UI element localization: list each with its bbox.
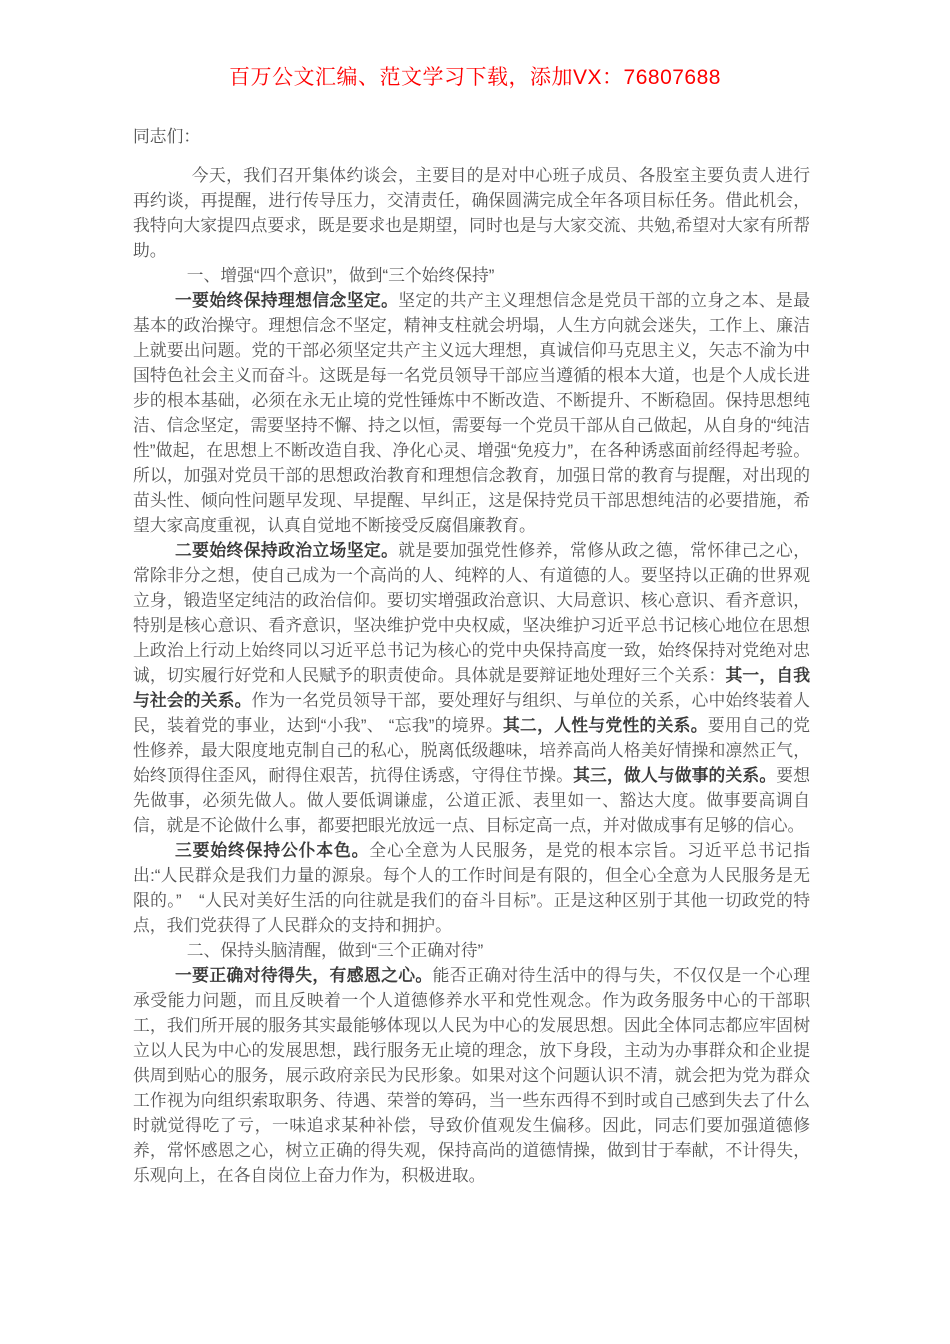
bold-run: 一要正确对待得失，有感恩之心。 xyxy=(175,966,433,985)
promo-banner: 百万公文汇编、范文学习下载，添加VX：76807688 xyxy=(0,63,950,93)
paragraph: 一要始终保持理想信念坚定。坚定的共产主义理想信念是党员干部的立身之本、是最基本的… xyxy=(133,288,810,538)
bold-run: 三要始终保持公仆本色。 xyxy=(175,841,369,860)
document-page: { "colors": { "page-bg": "#ffffff", "pro… xyxy=(0,0,950,1344)
bold-run: 其二，人性与党性的关系。 xyxy=(503,716,708,735)
paragraph: 二要始终保持政治立场坚定。就是要加强党性修养，常修从政之德，常怀律己之心，常除非… xyxy=(133,538,810,838)
text-run: 一、增强“四个意识”，做到“三个始终保持” xyxy=(187,266,495,285)
paragraph: 一要正确对待得失，有感恩之心。能否正确对待生活中的得与失，不仅仅是一个心理承受能… xyxy=(133,963,810,1188)
text-run: 坚定的共产主义理想信念是党员干部的立身之本、是最基本的政治操守。理想信念不坚定，… xyxy=(133,291,810,535)
bold-run: 其三，做人与做事的关系。 xyxy=(573,766,776,785)
text-run: 同志们： xyxy=(133,127,200,146)
salutation: 同志们： xyxy=(133,124,810,149)
bold-run: 一要始终保持理想信念坚定。 xyxy=(175,291,398,310)
section-heading: 一、增强“四个意识”，做到“三个始终保持” xyxy=(133,263,810,288)
text-run: 就是要加强党性修养，常修从政之德，常怀律己之心，常除非分之想，使自己成为一个高尚… xyxy=(133,541,810,685)
text-run: 今天，我们召开集体约谈会，主要目的是对中心班子成员、各股室主要负责人进行再约谈，… xyxy=(133,166,810,260)
paragraph: 今天，我们召开集体约谈会，主要目的是对中心班子成员、各股室主要负责人进行再约谈，… xyxy=(133,163,810,263)
bold-run: 二要始终保持政治立场坚定。 xyxy=(175,541,398,560)
text-run: 二、保持头脑清醒，做到“三个正确对待” xyxy=(187,941,483,960)
text-run: 能否正确对待生活中的得与失，不仅仅是一个心理承受能力问题，而且反映着一个人道德修… xyxy=(133,966,810,1185)
document-body: 同志们：今天，我们召开集体约谈会，主要目的是对中心班子成员、各股室主要负责人进行… xyxy=(133,124,810,1188)
section-heading: 二、保持头脑清醒，做到“三个正确对待” xyxy=(133,938,810,963)
paragraph: 三要始终保持公仆本色。全心全意为人民服务，是党的根本宗旨。习近平总书记指出:“人… xyxy=(133,838,810,938)
